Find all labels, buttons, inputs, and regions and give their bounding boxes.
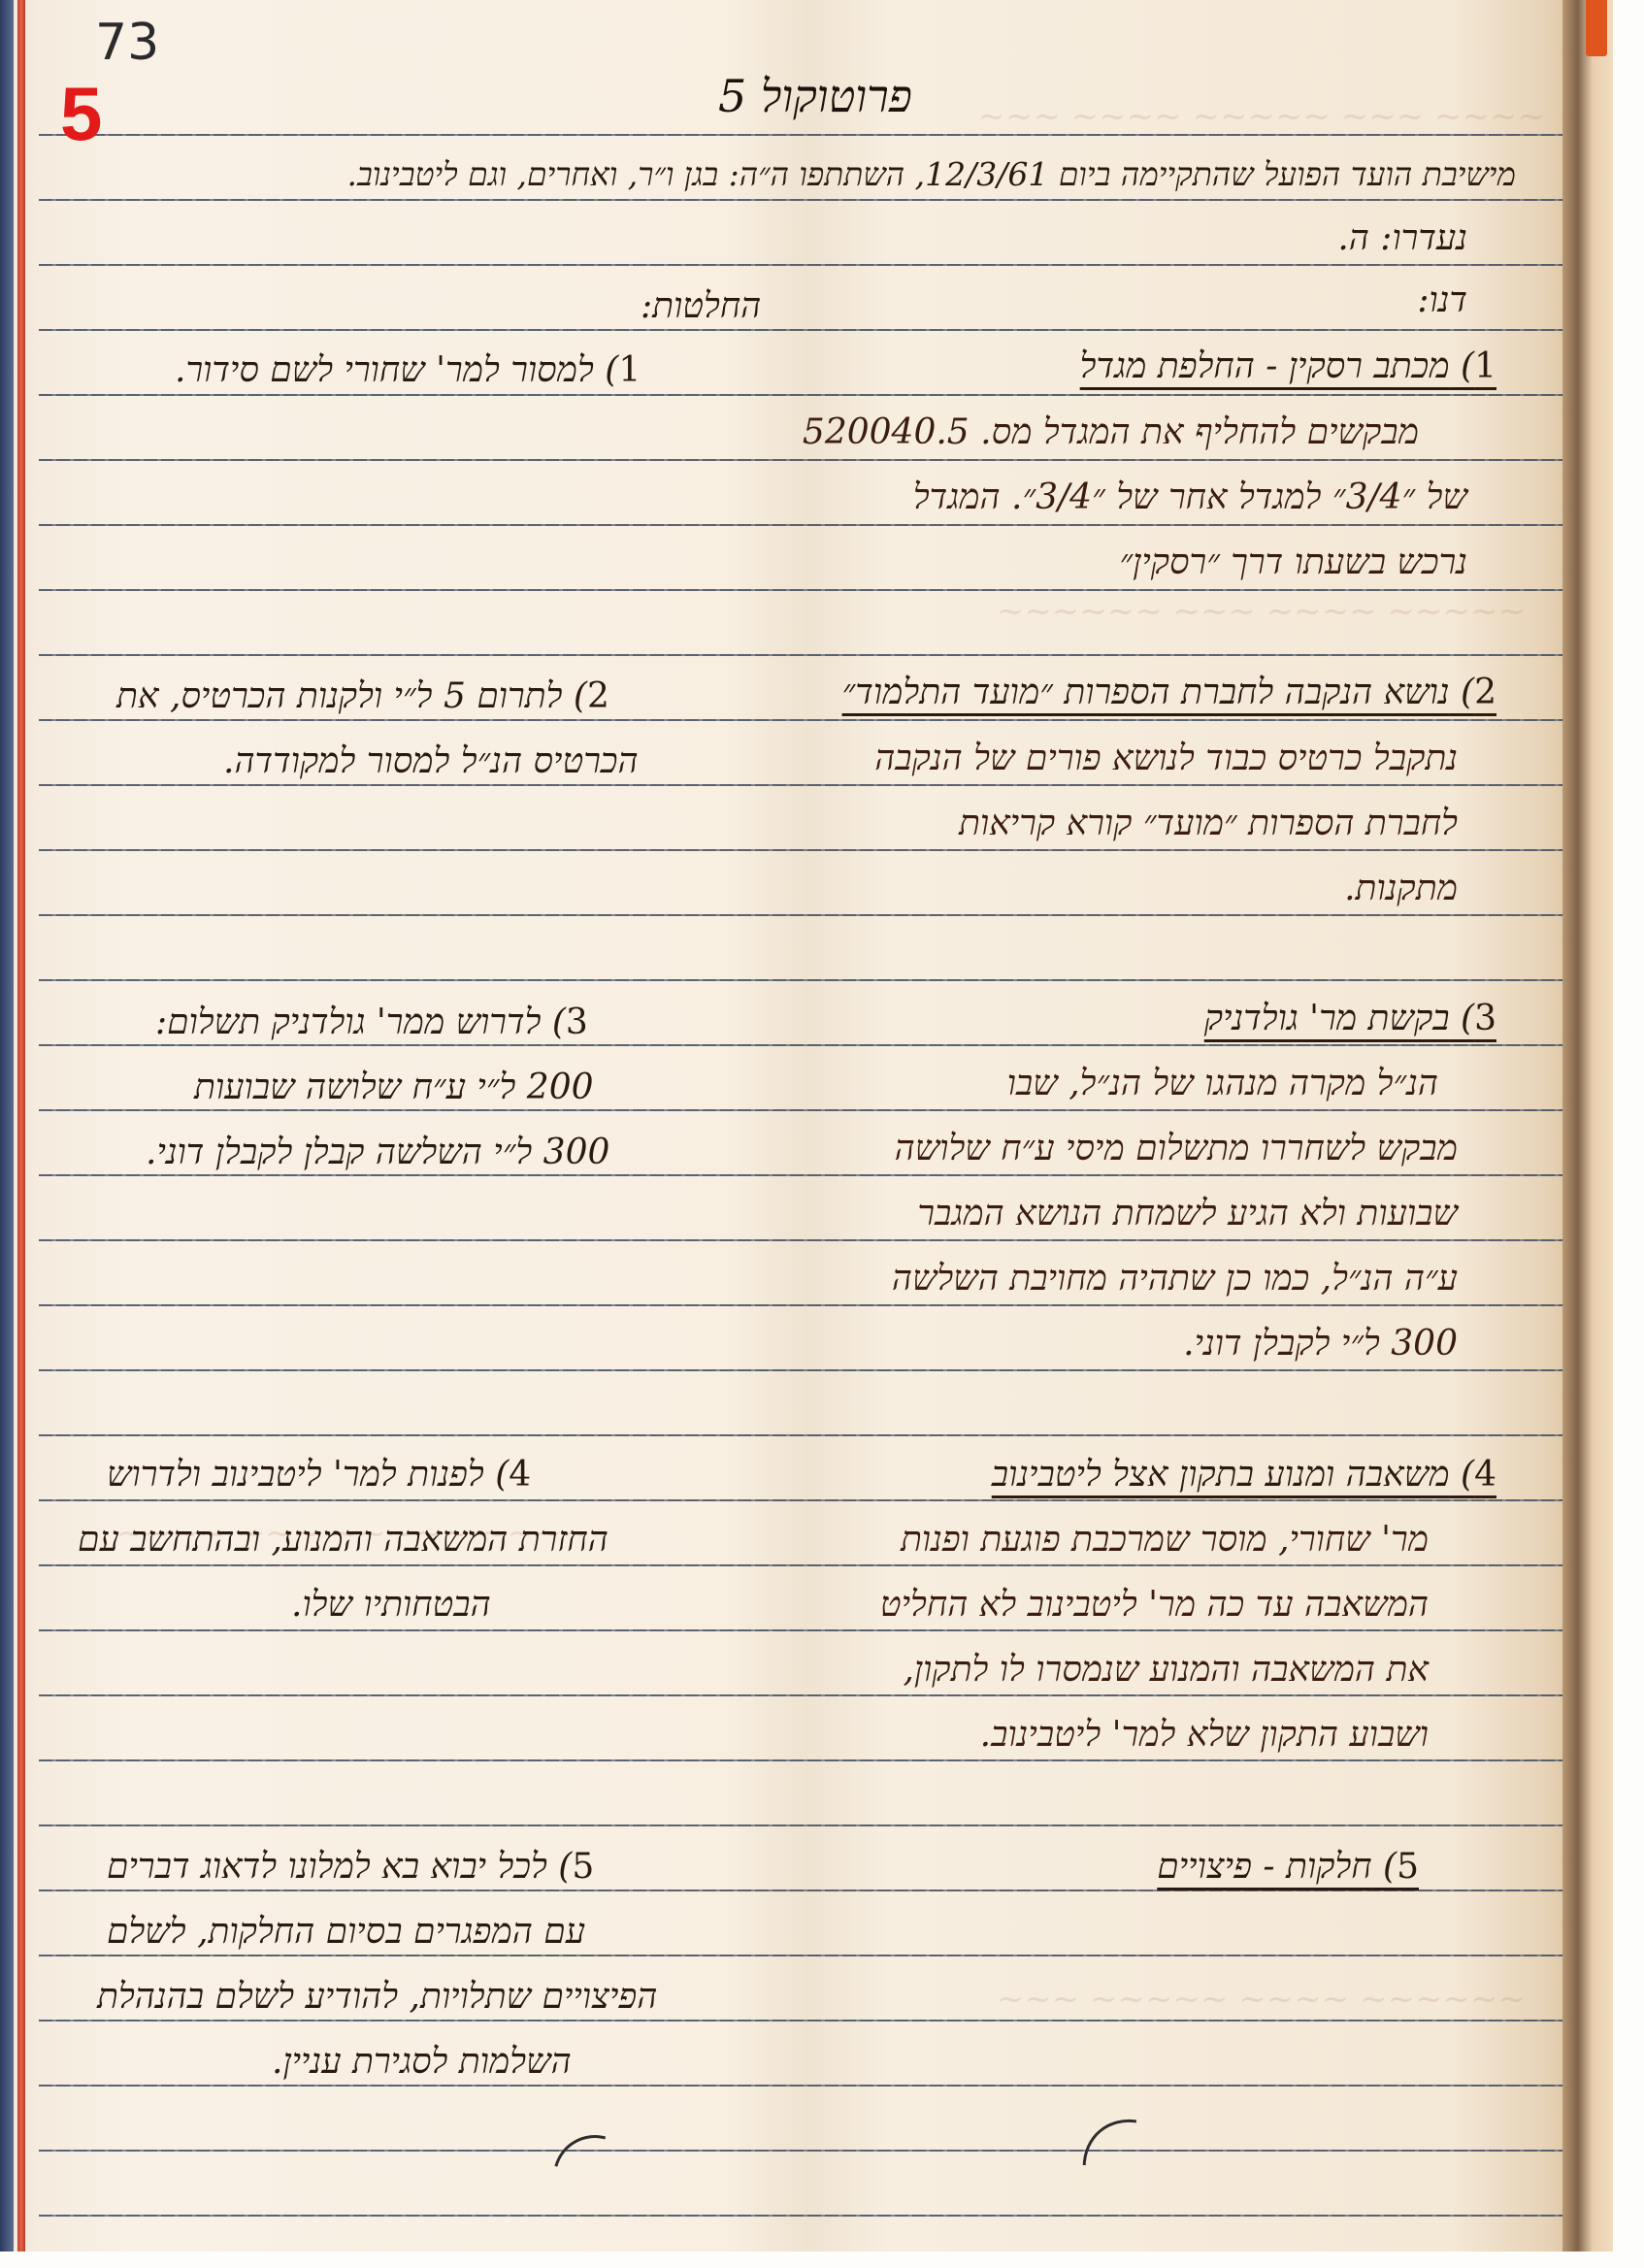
item-2-decision-line: הכרטיס הנ״ל למסור למקודדה. (223, 742, 639, 781)
ruled-line (39, 2150, 1562, 2152)
item-4-discussion-line: המשאבה עד כה מר' ליטבינוב לא החליט (880, 1586, 1429, 1625)
item-1-discussion-line: של ״3/4״ למגדל אחר של ״3/4״. המגדל (913, 478, 1467, 517)
item-5-decision-line: השלמות לסגירת עניין. (272, 2043, 572, 2082)
ruled-line (39, 1824, 1562, 1826)
item-3-decision-line: 300 ל״י השלשה קבלן לקבלן דוני. (146, 1134, 609, 1172)
item-4-decision-line: החזרת המשאבה והמנוע, ובהתחשב עם (78, 1521, 608, 1560)
ruled-line (39, 264, 1562, 266)
item-4-decision-line: הבטחותיו שלו. (291, 1586, 491, 1625)
item-3-decision-line: 200 ל״י ע״ח שלושה שבועות (194, 1068, 594, 1107)
left-binding (0, 0, 14, 2252)
item-3-decision: 3) לדרוש ממר' גולדניק תשלום: (155, 1003, 588, 1042)
bleed-through-text: ~~~~~~ ~~~~ ~~~~~ ~~~ (997, 1980, 1526, 2019)
ruled-line (39, 979, 1562, 981)
ruled-line (39, 1890, 1562, 1891)
ruled-line (39, 589, 1562, 591)
right-spine (1562, 0, 1613, 2252)
item-2-title: 2) נושא הנקבה לחברת הספרות ״מועד התלמוד״ (842, 674, 1496, 712)
ruled-line (39, 654, 1562, 656)
item-2-discussion-line: נתקבל כרטיס כבוד לנושא פורים של הנקבה (874, 740, 1458, 778)
item-3-discussion-line: הנ״ל מקרה מנהגו של הנ״ל, שבו (1007, 1065, 1438, 1103)
orange-bookmark-tab (1586, 0, 1607, 56)
item-1-title: 1) מכתב רסקין - החלפת מגדל (1080, 347, 1496, 386)
item-5-decision-line: עם המפגרים בסיום החלקות, לשלם (107, 1913, 585, 1952)
ruled-line (39, 849, 1562, 851)
ruled-line (39, 719, 1562, 721)
ruled-line (39, 1109, 1562, 1111)
ruled-line (39, 2020, 1562, 2021)
ruled-line (39, 329, 1562, 331)
ruled-line (39, 1759, 1562, 1761)
item-5-decision: 5) לכל יבוא בא למלונו לדאוג דברים (107, 1848, 594, 1887)
ruled-line (39, 2215, 1562, 2217)
ruled-line (39, 1239, 1562, 1241)
item-5-decision-line: הפיצויים שתלויות, להודיע לשלם בהנהלת (97, 1978, 657, 2017)
ruled-line (39, 459, 1562, 461)
item-1-discussion-line: נרכש בשעתו דרך ״רסקין״ (1119, 543, 1467, 582)
ruled-line (39, 1694, 1562, 1696)
signature-mark (1060, 2097, 1217, 2252)
notebook-page: ~~~~ ~~~ ~~~~~ ~~~~ ~~~ ~~~~~ ~~~~ ~~~ ~… (0, 0, 1613, 2252)
item-2-discussion-line: מתקנות. (1344, 870, 1458, 908)
item-4-discussion-line: מר' שחורי, מוסר שמרכבת פוגעת ופנות (901, 1521, 1429, 1560)
item-2-discussion-line: לחברת הספרות ״מועד״ קורא קריאות (959, 805, 1458, 843)
absent-line: נעדרו: ה. (1337, 219, 1467, 258)
item-4-discussion-line: ושבוע התקון שלא למר' ליטבינוב. (980, 1716, 1429, 1755)
intro-line: מישיבת הועד הפועל שהתקיימה ביום 12/3/61,… (346, 155, 1516, 194)
ruled-line (39, 1174, 1562, 1176)
item-3-title: 3) בקשת מר' גולדניק (1204, 1000, 1496, 1038)
ruled-line (39, 784, 1562, 786)
decisions-label: החלטות: (641, 287, 761, 326)
page-title: פרוטוקול 5 (718, 70, 912, 122)
ruled-line (39, 1955, 1562, 1956)
ruled-line (39, 199, 1562, 201)
item-2-decision: 2) לתרום 5 ל״י ולקנות הכרטיס, את (116, 677, 609, 716)
ruled-line (39, 1044, 1562, 1046)
item-4-discussion-line: את המשאבה והמנוע שנמסרו לו לתקון, (903, 1651, 1429, 1690)
item-5-title: 5) חלקות - פיצויים (1157, 1848, 1419, 1887)
item-4-decision: 4) לפנות למר' ליטבינוב ולדרוש (107, 1456, 531, 1495)
discussed-label: דנו: (1417, 281, 1467, 320)
item-3-discussion-line: שבועות ולא הגיע לשמחת הנושא המגבר (917, 1195, 1458, 1233)
ruled-line (39, 1434, 1562, 1436)
item-3-discussion-line: מבקש לשחררו מתשלום מיסי ע״ח שלושה (895, 1130, 1458, 1168)
ruled-line (39, 1499, 1562, 1501)
signature-mark (538, 2120, 651, 2233)
item-1-decision: 1) למסור למר' שחורי לשם סידור. (175, 351, 641, 390)
item-1-discussion-line: מבקשים להחליף את המגדל מס. 520040.5 (803, 413, 1419, 452)
red-margin-line (17, 0, 25, 2252)
ruled-line (39, 1369, 1562, 1371)
ruled-line (39, 394, 1562, 396)
item-3-discussion-line: 300 ל״י לקבלן דוני. (1183, 1325, 1458, 1364)
ruled-line (39, 1564, 1562, 1566)
item-4-title: 4) משאבה ומנוע בתקון אצל ליטבינוב (992, 1456, 1496, 1495)
bleed-through-text: ~~~~~ ~~~~ ~~~ ~~~~~~ (997, 592, 1526, 631)
red-page-number: 5 (60, 70, 102, 158)
handwritten-page-number: 73 (95, 14, 159, 72)
ruled-line (39, 1304, 1562, 1306)
ruled-line (39, 524, 1562, 526)
ruled-line (39, 1629, 1562, 1631)
ruled-line (39, 2085, 1562, 2087)
bleed-through-text: ~~~~ ~~~ ~~~~~ ~~~~ ~~~ (977, 97, 1545, 136)
item-3-discussion-line: ע״ה הנ״ל, כמו כן שתהיה מחויבת השלשה (892, 1260, 1458, 1298)
ruled-line (39, 914, 1562, 916)
